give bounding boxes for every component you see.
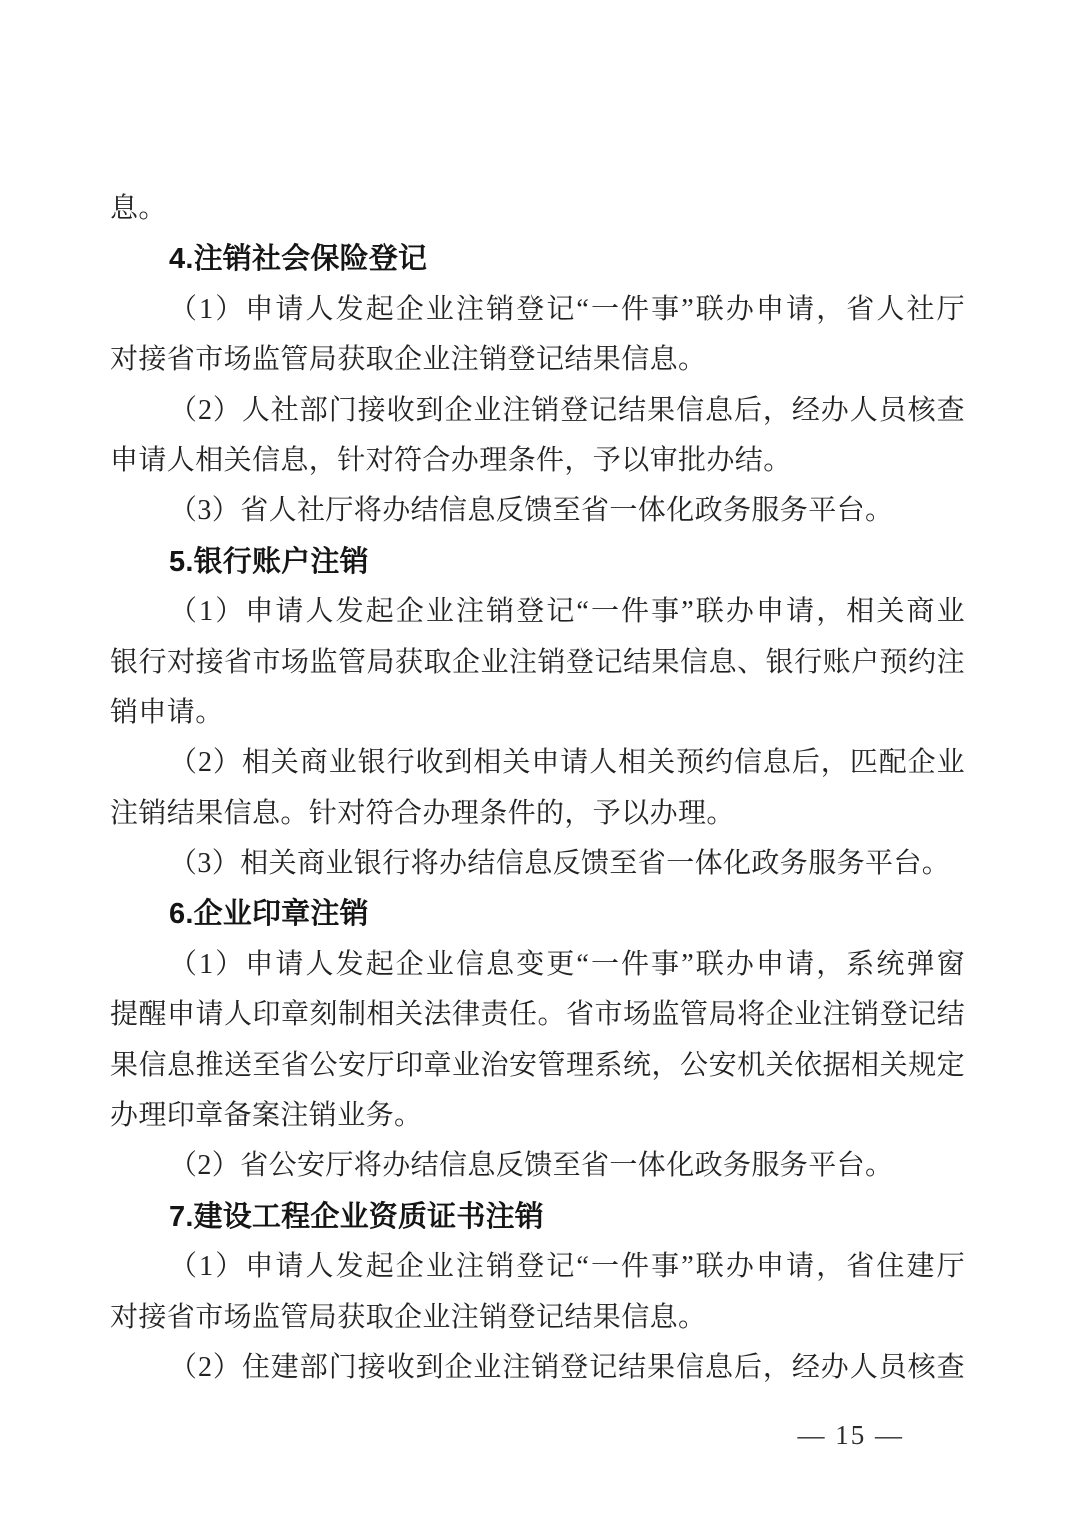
text-line: （3）省人社厅将办结信息反馈至省一体化政务服务平台。 xyxy=(110,486,965,536)
text-line: 销申请。 xyxy=(110,688,965,738)
page-number: — 15 — xyxy=(798,1420,905,1450)
section-heading: 6.企业印章注销 xyxy=(110,889,965,939)
text-line: 注销结果信息。针对符合办理条件的，予以办理。 xyxy=(110,789,965,839)
text-line: 提醒申请人印章刻制相关法律责任。省市场监管局将企业注销登记结 xyxy=(110,990,965,1040)
document-page: 息。4.注销社会保险登记（1）申请人发起企业注销登记“一件事”联办申请，省人社厅… xyxy=(0,0,1074,1520)
text-line: （2）住建部门接收到企业注销登记结果信息后，经办人员核查 xyxy=(110,1343,965,1393)
text-line: 对接省市场监管局获取企业注销登记结果信息。 xyxy=(110,335,965,385)
text-line: （1）申请人发起企业信息变更“一件事”联办申请，系统弹窗 xyxy=(110,940,965,990)
text-line: （3）相关商业银行将办结信息反馈至省一体化政务服务平台。 xyxy=(110,839,965,889)
section-heading: 5.银行账户注销 xyxy=(110,537,965,587)
text-line: 果信息推送至省公安厅印章业治安管理系统，公安机关依据相关规定 xyxy=(110,1041,965,1091)
section-heading: 7.建设工程企业资质证书注销 xyxy=(110,1192,965,1242)
text-line: 办理印章备案注销业务。 xyxy=(110,1091,965,1141)
text-line: 息。 xyxy=(110,184,965,234)
text-line: （1）申请人发起企业注销登记“一件事”联办申请，省人社厅 xyxy=(110,285,965,335)
text-line: （1）申请人发起企业注销登记“一件事”联办申请，省住建厅 xyxy=(110,1242,965,1292)
section-heading: 4.注销社会保险登记 xyxy=(110,234,965,284)
text-line: （2）相关商业银行收到相关申请人相关预约信息后，匹配企业 xyxy=(110,738,965,788)
text-line: 申请人相关信息，针对符合办理条件，予以审批办结。 xyxy=(110,436,965,486)
text-line: （2）省公安厅将办结信息反馈至省一体化政务服务平台。 xyxy=(110,1141,965,1191)
text-line: （1）申请人发起企业注销登记“一件事”联办申请，相关商业 xyxy=(110,587,965,637)
text-line: 银行对接省市场监管局获取企业注销登记结果信息、银行账户预约注 xyxy=(110,638,965,688)
text-line: 对接省市场监管局获取企业注销登记结果信息。 xyxy=(110,1293,965,1343)
text-line: （2）人社部门接收到企业注销登记结果信息后，经办人员核查 xyxy=(110,386,965,436)
document-text-block: 息。4.注销社会保险登记（1）申请人发起企业注销登记“一件事”联办申请，省人社厅… xyxy=(110,184,965,1393)
